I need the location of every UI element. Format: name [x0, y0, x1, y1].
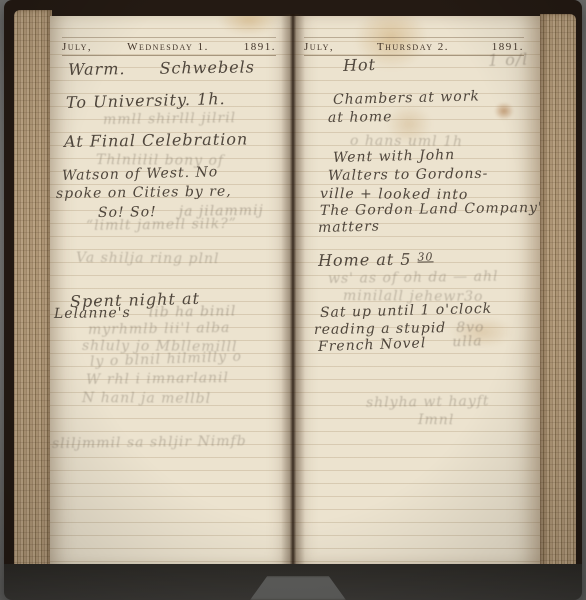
entry-line-bleedthrough: mmll shirlll jilril: [103, 110, 236, 128]
printed-date-header: July, Wednesday 1. 1891.: [62, 37, 276, 56]
page-edges-left: [14, 10, 52, 588]
entry-text: Schwebels: [159, 57, 255, 77]
entry-line: Warm.Schwebels: [68, 57, 255, 79]
header-month: July,: [62, 41, 92, 53]
page-stain: [494, 102, 514, 120]
entry-text: French Novel: [318, 335, 427, 355]
entry-line-bleedthrough: Va shilja ring plnl: [76, 250, 220, 267]
entry-line-bleedthrough: ws' as of oh da — ahl: [328, 269, 499, 287]
entry-text: Warm.: [68, 59, 126, 79]
entry-line-bleedthrough: W rhl i imnarlanil: [86, 370, 229, 388]
entry-text: Home at 5: [318, 250, 412, 270]
entry-text: 1 o/l: [488, 50, 529, 70]
entry-line-bleedthrough: shlyha wt hayft: [366, 393, 490, 411]
entry-line-bleedthrough: “limlt jamell silk?”: [86, 216, 237, 234]
entry-line: matters: [318, 218, 380, 236]
entry-line: At Final Celebration: [64, 129, 249, 151]
entry-text-underlined: 30: [417, 250, 433, 263]
header-day: Wednesday 1.: [127, 41, 209, 53]
entry-text: ulla: [452, 333, 483, 350]
entry-line: at home: [328, 109, 393, 126]
entry-text: Hot: [343, 55, 377, 75]
entry-line-bleedthrough: Imnl: [418, 412, 454, 428]
entry-line-bleedthrough: sliljmmil sa shljir Nimfb: [52, 433, 247, 452]
entry-line: Chambers at work: [333, 88, 480, 108]
entry-line: The Gordon Land Company's: [320, 200, 540, 219]
left-page: July, Wednesday 1. 1891. Warm.Schwebels …: [50, 16, 292, 564]
entry-line: Lelanne'slib ha binil: [54, 303, 237, 322]
right-page: July, Thursday 2. 1891. Hot1 o/l Chamber…: [292, 16, 540, 564]
header-year: 1891.: [244, 41, 276, 53]
entry-line: Home at 530: [318, 249, 434, 270]
entry-text: lib ha binil: [149, 303, 237, 320]
page-stain: [218, 16, 280, 36]
header-month: July,: [304, 41, 334, 53]
entry-line: Went with John: [333, 147, 456, 166]
entry-line: Sat up until 1 o'clock: [320, 301, 493, 321]
entry-line-bleedthrough: myrhmlb lii'l alba: [88, 320, 231, 338]
entry-line-bleedthrough: N hanl ja mellbl: [82, 390, 211, 407]
entry-line: To University. 1h.: [66, 89, 226, 112]
header-day: Thursday 2.: [377, 41, 449, 53]
entry-line: Walters to Gordons-: [328, 166, 489, 184]
entry-line: spoke on Cities by re,: [56, 184, 232, 202]
page-edges-right: [540, 14, 576, 584]
entry-line: Watson of West. No: [62, 164, 219, 184]
entry-text: Lelanne's: [54, 305, 131, 322]
photo-background: July, Wednesday 1. 1891. Warm.Schwebels …: [0, 0, 586, 600]
page-gutter: [281, 14, 305, 570]
